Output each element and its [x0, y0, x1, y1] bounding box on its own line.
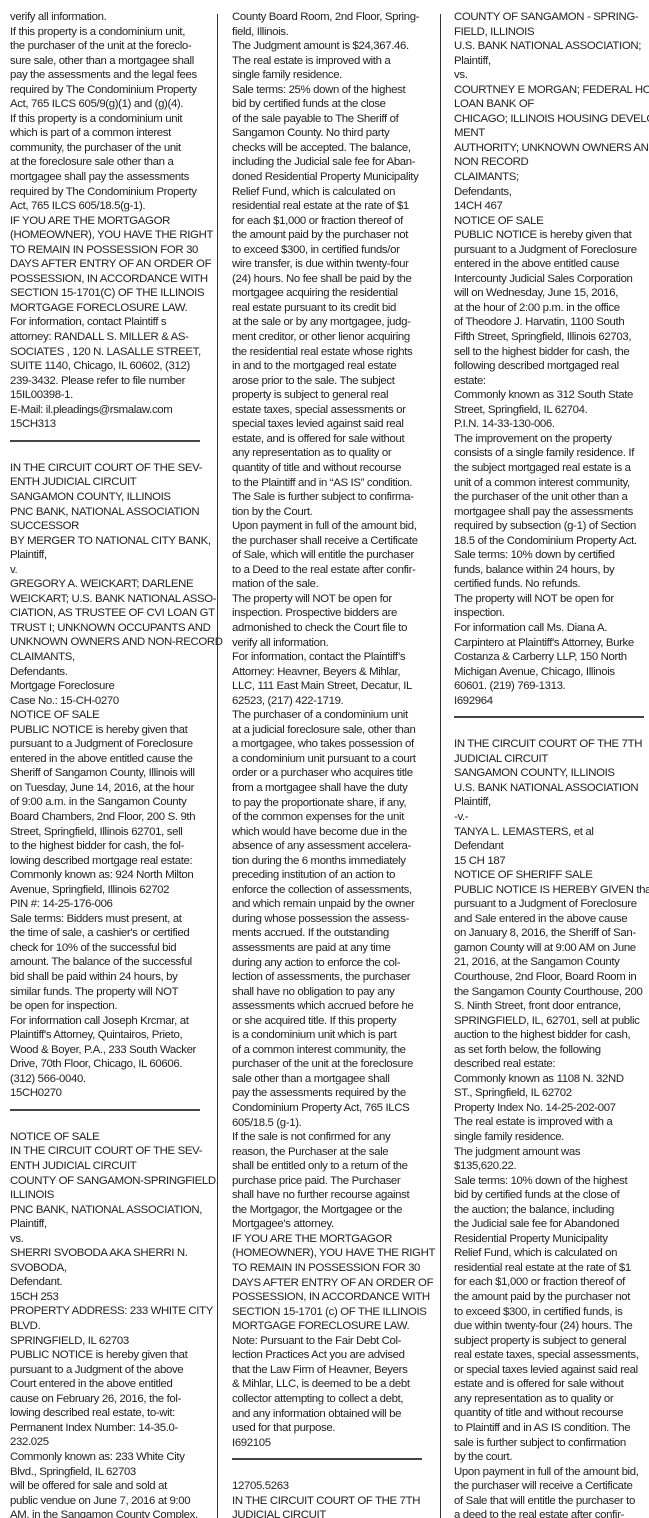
notice-text-line: 21, 2016, at the Sangamon County: [454, 955, 649, 970]
notice-text-line: Street, Springfield, Illinois 62701, sel…: [10, 825, 206, 840]
notice-text-line: S. Ninth Street, front door entrance,: [454, 999, 649, 1014]
notice-text-line: IN THE CIRCUIT COURT OF THE SEV-: [10, 461, 206, 476]
notice-text-line: I692105: [232, 1436, 428, 1451]
notice-text-line: tion by the Court.: [232, 505, 428, 520]
notice-text-line: entered in the above entitled cause the: [10, 752, 206, 767]
notice-text-line: reason, the Purchaser at the sale: [232, 1145, 428, 1160]
notice-text-line: and any information obtained will be: [232, 1407, 428, 1422]
notice-text-line: the auction; the balance, including: [454, 1203, 649, 1218]
notice-text-line: POSSESSION, IN ACCORDANCE WITH: [232, 1290, 428, 1305]
notice-text-line: preceding institution of an action to: [232, 868, 428, 883]
notice-text-line: mortgagee shall pay the assessments: [454, 505, 649, 520]
notice-text-line: Plaintiff,: [10, 1217, 206, 1232]
notice-text-line: purchase price paid. The Purchaser: [232, 1174, 428, 1189]
notice-text-line: to exceed $300, in certified funds, is: [454, 1305, 649, 1320]
notice-text-line: ILLINOIS: [10, 1188, 206, 1203]
column-3: COUNTY OF SANGAMON - SPRING-FIELD, ILLIN…: [454, 0, 649, 1518]
notice-text-line: of 9:00 a.m. in the Sangamon County: [10, 795, 206, 810]
notice-text-line: required by subsection (g-1) of Section: [454, 519, 649, 534]
notice-text-line: the purchaser of the unit other than a: [454, 490, 649, 505]
notice-text-line: estate taxes, special assessments or: [232, 403, 428, 418]
notice-text-line: The purchaser of a condominium unit: [232, 708, 428, 723]
notice-text-line: of the sale payable to The Sheriff of: [232, 112, 428, 127]
notice-text-line: Board Chambers, 2nd Floor, 200 S. 9th: [10, 810, 206, 825]
notice-text-line: assessments which accrued before he: [232, 999, 428, 1014]
notice-text-line: 15IL00398-1.: [10, 388, 206, 403]
notice-text-line: any representation as to quality or: [454, 1392, 649, 1407]
notice-text-line: during any action to enforce the col-: [232, 956, 428, 971]
notice-text-line: and Sale entered in the above cause: [454, 912, 649, 927]
notice-text-line: IN THE CIRCUIT COURT OF THE SEV-: [10, 1144, 206, 1159]
notice-text-line: of the common expenses for the unit: [232, 810, 428, 825]
notice-text-line: Sangamon County. No third party: [232, 126, 428, 141]
notice-text-line: ments accrued. If the outstanding: [232, 926, 428, 941]
notice-text-line: LOAN BANK OF: [454, 97, 649, 112]
notice-text-line: that the Law Firm of Heavner, Beyers: [232, 1363, 428, 1378]
notice-text-line: Defendant: [454, 839, 649, 854]
notice-text-line: on Tuesday, June 14, 2016, at the hour: [10, 781, 206, 796]
notice-text-line: to exceed $300, in certified funds/or: [232, 243, 428, 258]
notice-text-line: will be offered for sale and sold at: [10, 1479, 206, 1494]
notice-text-line: TRUST I; UNKNOWN OCCUPANTS AND: [10, 621, 206, 636]
notice-text-line: The real estate is improved with a: [232, 54, 428, 69]
notice-text-line: vs.: [10, 1232, 206, 1247]
notice-text-line: 605/18.5 (g-1).: [232, 1116, 428, 1131]
notice-text-line: Attorney: Heavner, Beyers & Mihlar,: [232, 665, 428, 680]
notice-text-line: which is part of a common interest: [10, 126, 206, 141]
notice-text-line: certified funds. No refunds.: [454, 577, 649, 592]
notice-text-line: at the foreclosure sale other than a: [10, 155, 206, 170]
notice-text-line: CIATION, AS TRUSTEE OF CVI LOAN GT: [10, 606, 206, 621]
notice-text-line: SECTION 15-1701(C) OF THE ILLINOIS: [10, 286, 206, 301]
notice-text-line: cause on February 26, 2016, the fol-: [10, 1392, 206, 1407]
notice-text-line: ENTH JUDICIAL CIRCUIT: [10, 1159, 206, 1174]
notice-text-line: Drive, 70th Floor, Chicago, IL 60606.: [10, 1057, 206, 1072]
notice-text-line: residential real estate at the rate of $…: [232, 199, 428, 214]
legal-notice: IN THE CIRCUIT COURT OF THE SEV-ENTH JUD…: [10, 461, 206, 1101]
notice-text-line: 15 CH 187: [454, 854, 649, 869]
notice-text-line: Michigan Avenue, Chicago, Illinois: [454, 665, 649, 680]
notice-text-line: any representation as to quality or: [232, 446, 428, 461]
notice-text-line: Mortgage Foreclosure: [10, 679, 206, 694]
notice-text-line: PNC BANK, NATIONAL ASSOCIATION: [10, 505, 206, 520]
notice-text-line: mation of the sale.: [232, 577, 428, 592]
notice-text-line: as set forth below, the following: [454, 1043, 649, 1058]
notice-text-line: similar funds. The property will NOT: [10, 985, 206, 1000]
notice-text-line: of Theodore J. Harvatin, 1100 South: [454, 315, 649, 330]
notice-text-line: Permanent Index Number: 14-35.0-: [10, 1421, 206, 1436]
notice-text-line: Relief Fund, which is calculated on: [232, 185, 428, 200]
notice-text-line: Condominium Property Act, 765 ILCS: [232, 1101, 428, 1116]
notice-text-line: including the Judicial sale fee for Aban…: [232, 155, 428, 170]
notice-text-line: Commonly known as 312 South State: [454, 388, 649, 403]
notice-text-line: MORTGAGE FORECLOSURE LAW.: [10, 301, 206, 316]
notice-text-line: Sale terms: 25% down of the highest: [232, 83, 428, 98]
notice-text-line: Note: Pursuant to the Fair Debt Col-: [232, 1334, 428, 1349]
notice-text-line: Residential Property Municipality: [454, 1232, 649, 1247]
notice-text-line: Street, Springfield, IL 62704.: [454, 403, 649, 418]
notice-text-line: 232.025: [10, 1435, 206, 1450]
notice-text-line: (24) hours. No fee shall be paid by the: [232, 272, 428, 287]
notice-text-line: for each $1,000 or fraction thereof of: [454, 1275, 649, 1290]
notice-text-line: the amount paid by the purchaser not: [454, 1290, 649, 1305]
notice-text-line: entered in the above entitled cause: [454, 257, 649, 272]
notice-text-line: Plaintiff,: [454, 795, 649, 810]
notice-text-line: SVOBODA,: [10, 1261, 206, 1276]
notice-text-line: shall be entitled only to a return of th…: [232, 1159, 428, 1174]
notice-text-line: or special taxes levied against said rea…: [454, 1363, 649, 1378]
notice-text-line: SPRINGFIELD, IL 62703: [10, 1334, 206, 1349]
notice-text-line: LLC, 111 East Main Street, Decatur, IL: [232, 679, 428, 694]
notice-text-line: sure sale, other than a mortgagee shall: [10, 54, 206, 69]
notice-text-line: wire transfer, is due within twenty-four: [232, 257, 428, 272]
legal-notice: NOTICE OF SALEIN THE CIRCUIT COURT OF TH…: [10, 1130, 206, 1518]
notice-text-line: Commonly known as 1108 N. 32ND: [454, 1072, 649, 1087]
notice-text-line: amount. The balance of the successful: [10, 955, 206, 970]
notice-text-line: pursuant to a Judgment of Foreclosure: [10, 737, 206, 752]
notice-text-line: will on Wednesday, June 15, 2016,: [454, 286, 649, 301]
notice-text-line: The Sale is further subject to confirma-: [232, 490, 428, 505]
notice-text-line: Avenue, Springfield, Illinois 62702: [10, 883, 206, 898]
notice-text-line: 14CH 467: [454, 199, 649, 214]
notice-text-line: NOTICE OF SHERIFF SALE: [454, 868, 649, 883]
notice-text-line: the purchaser will receive a Certificate: [454, 1479, 649, 1494]
notice-text-line: Courthouse, 2nd Floor, Board Room in: [454, 970, 649, 985]
notice-text-line: NOTICE OF SALE: [10, 708, 206, 723]
notice-text-line: Sale terms: 10% down by certified: [454, 548, 649, 563]
notice-text-line: SANGAMON COUNTY, ILLINOIS: [454, 766, 649, 781]
notice-text-line: Property Index No. 14-25-202-007: [454, 1101, 649, 1116]
notice-text-line: The improvement on the property: [454, 432, 649, 447]
column-2: County Board Room, 2nd Floor, Spring-fie…: [232, 0, 428, 1518]
notice-text-line: Act, 765 ILCS 605/18.5(g-1).: [10, 199, 206, 214]
notice-text-line: 239-3432. Please refer to file number: [10, 374, 206, 389]
legal-notice: County Board Room, 2nd Floor, Spring-fie…: [232, 0, 428, 1450]
notice-text-line: WEICKART; U.S. BANK NATIONAL ASSO-: [10, 592, 206, 607]
notice-text-line: bid by certified funds at the close: [232, 97, 428, 112]
notice-text-line: SOCIATES , 120 N. LASALLE STREET,: [10, 345, 206, 360]
notice-text-line: JUDICIAL CIRCUIT: [232, 1508, 428, 1518]
notice-text-line: 12705.5263: [232, 1479, 428, 1494]
notice-text-line: the Judicial sale fee for Abandoned: [454, 1217, 649, 1232]
notice-text-line: arose prior to the sale. The subject: [232, 374, 428, 389]
notice-text-line: POSSESSION, IN ACCORDANCE WITH: [10, 272, 206, 287]
notice-text-line: quantity of title and without recourse: [454, 1406, 649, 1421]
legal-notice: COUNTY OF SANGAMON - SPRING-FIELD, ILLIN…: [454, 0, 649, 708]
notice-text-line: PNC BANK, NATIONAL ASSOCIATION,: [10, 1203, 206, 1218]
notice-text-line: MENT: [454, 126, 649, 141]
notice-text-line: purchaser of the unit at the foreclosure: [232, 1057, 428, 1072]
notice-text-line: County Board Room, 2nd Floor, Spring-: [232, 10, 428, 25]
notice-text-line: Commonly known as: 924 North Milton: [10, 868, 206, 883]
notice-text-line: used for that purpose.: [232, 1421, 428, 1436]
notice-text-line: estate and is offered for sale without: [454, 1377, 649, 1392]
notice-text-line: NON RECORD: [454, 155, 649, 170]
notice-text-line: special taxes levied against said real: [232, 417, 428, 432]
notice-text-line: SECTION 15-1701 (c) OF THE ILLINOIS: [232, 1305, 428, 1320]
notice-text-line: at the hour of 2:00 p.m. in the office: [454, 301, 649, 316]
notice-text-line: IF YOU ARE THE MORTGAGOR: [10, 214, 206, 229]
notice-text-line: single family residence.: [232, 68, 428, 83]
notice-text-line: DAYS AFTER ENTRY OF AN ORDER OF: [10, 257, 206, 272]
notice-text-line: absence of any assessment accelera-: [232, 839, 428, 854]
notice-text-line: SHERRI SVOBODA AKA SHERRI N.: [10, 1246, 206, 1261]
notice-text-line: Defendants.: [10, 665, 206, 680]
notice-text-line: IN THE CIRCUIT COURT OF THE 7TH: [454, 737, 649, 752]
notice-text-line: U.S. BANK NATIONAL ASSOCIATION: [454, 781, 649, 796]
notice-text-line: Defendants,: [454, 185, 649, 200]
notice-text-line: NOTICE OF SALE: [10, 1130, 206, 1145]
notice-separator: [10, 440, 200, 442]
column-1: verify all information.If this property …: [10, 0, 206, 1518]
notice-text-line: pursuant to a Judgment of the above: [10, 1363, 206, 1378]
notice-text-line: (312) 566-0040.: [10, 1072, 206, 1087]
notice-text-line: to the Plaintiff and in “AS IS” conditio…: [232, 476, 428, 491]
legal-notice: 12705.5263IN THE CIRCUIT COURT OF THE 7T…: [232, 1479, 428, 1518]
notice-text-line: verify all information.: [232, 636, 428, 651]
notice-text-line: mortgagee acquiring the residential: [232, 286, 428, 301]
notice-text-line: collector attempting to collect a debt,: [232, 1392, 428, 1407]
notice-text-line: inspection.: [454, 606, 649, 621]
notice-text-line: PUBLIC NOTICE is hereby given that: [10, 1348, 206, 1363]
notice-text-line: FIELD, ILLINOIS: [454, 25, 649, 40]
notice-text-line: E-Mail: il.pleadings@rsmalaw.com: [10, 403, 206, 418]
notice-text-line: Wood & Boyer, P.A., 233 South Wacker: [10, 1043, 206, 1058]
notice-text-line: single family residence.: [454, 1130, 649, 1145]
notice-text-line: PUBLIC NOTICE is hereby given that: [454, 228, 649, 243]
notice-text-line: public vendue on June 7, 2016 at 9:00: [10, 1494, 206, 1509]
notice-text-line: AM, in the Sangamon County Complex,: [10, 1508, 206, 1518]
notice-text-line: community, the purchaser of the unit: [10, 141, 206, 156]
notice-text-line: estate, and is offered for sale without: [232, 432, 428, 447]
notice-text-line: $135,620.22.: [454, 1159, 649, 1174]
notice-text-line: mortgagee shall pay the assessments: [10, 170, 206, 185]
notice-text-line: 15CH 253: [10, 1290, 206, 1305]
notice-text-line: lection of assessments, the purchaser: [232, 970, 428, 985]
notice-text-line: of a common interest community, the: [232, 1043, 428, 1058]
notice-text-line: subject property is subject to general: [454, 1334, 649, 1349]
notice-text-line: pay the assessments required by the: [232, 1086, 428, 1101]
notice-text-line: Plaintiff's Attorney, Quintairos, Prieto…: [10, 1028, 206, 1043]
notice-separator: [454, 716, 644, 718]
notice-text-line: Commonly known as: 233 White City: [10, 1450, 206, 1465]
notice-text-line: COUNTY OF SANGAMON-SPRINGFIELD,: [10, 1174, 206, 1189]
notice-text-line: SUITE 1140, Chicago, IL 60602, (312): [10, 359, 206, 374]
notice-text-line: Blvd., Springfield, IL 62703: [10, 1465, 206, 1480]
notice-text-line: order or a purchaser who acquires title: [232, 766, 428, 781]
notice-text-line: residential real estate at the rate of $…: [454, 1261, 649, 1276]
notice-text-line: admonished to check the Court file to: [232, 621, 428, 636]
notice-text-line: sell to the highest bidder for cash, the: [454, 345, 649, 360]
notice-separator: [232, 1458, 422, 1460]
notice-text-line: doned Residential Property Municipality: [232, 170, 428, 185]
notice-text-line: quantity of title and without recourse: [232, 461, 428, 476]
notice-text-line: bid by certified funds at the close of: [454, 1188, 649, 1203]
notice-text-line: Sale terms: 10% down of the highest: [454, 1174, 649, 1189]
notice-text-line: TO REMAIN IN POSSESSION FOR 30: [10, 243, 206, 258]
notice-text-line: SPRINGFIELD, IL, 62701, sell at public: [454, 1014, 649, 1029]
notice-text-line: BY MERGER TO NATIONAL CITY BANK,: [10, 534, 206, 549]
notice-text-line: SANGAMON COUNTY, ILLINOIS: [10, 490, 206, 505]
notice-text-line: unit of a common interest community,: [454, 476, 649, 491]
notice-text-line: and which remain unpaid by the owner: [232, 897, 428, 912]
notice-text-line: I692964: [454, 694, 649, 709]
notice-text-line: The judgment amount was: [454, 1145, 649, 1160]
notice-text-line: or she acquired title. If this property: [232, 1014, 428, 1029]
notice-text-line: sale other than a mortgagee shall: [232, 1072, 428, 1087]
notice-text-line: gamon County will at 9:00 AM on June: [454, 941, 649, 956]
notice-text-line: Court entered in the above entitled: [10, 1377, 206, 1392]
notice-text-line: check for 10% of the successful bid: [10, 941, 206, 956]
notice-text-line: bid shall be paid within 24 hours, by: [10, 970, 206, 985]
notice-text-line: 62523, (217) 422-1719.: [232, 694, 428, 709]
notice-text-line: the amount paid by the purchaser not: [232, 228, 428, 243]
notice-text-line: shall have no further recourse against: [232, 1188, 428, 1203]
notice-text-line: due within twenty-four (24) hours. The: [454, 1319, 649, 1334]
notice-text-line: in and to the mortgaged real estate: [232, 359, 428, 374]
notice-text-line: v.: [10, 563, 206, 578]
notice-text-line: to Plaintiff and in AS IS condition. The: [454, 1421, 649, 1436]
notice-text-line: Intercounty Judicial Sales Corporation: [454, 272, 649, 287]
notice-text-line: lowing described mortgage real estate:: [10, 854, 206, 869]
notice-text-line: enforce the collection of assessments,: [232, 883, 428, 898]
notice-text-line: For information, contact Plaintiff s: [10, 315, 206, 330]
notice-text-line: 18.5 of the Condominium Property Act.: [454, 534, 649, 549]
notice-text-line: pursuant to a Judgment of Foreclosure: [454, 897, 649, 912]
notice-text-line: for each $1,000 or fraction thereof of: [232, 214, 428, 229]
notice-text-line: DAYS AFTER ENTRY OF AN ORDER OF: [232, 1276, 428, 1291]
notice-text-line: required by The Condominium Property: [10, 185, 206, 200]
notice-text-line: ST., Springfield, IL 62702: [454, 1086, 649, 1101]
notice-text-line: IN THE CIRCUIT COURT OF THE 7TH: [232, 1494, 428, 1509]
notice-text-line: verify all information.: [10, 10, 206, 25]
notice-text-line: BLVD.: [10, 1319, 206, 1334]
notice-text-line: the subject mortgaged real estate is a: [454, 461, 649, 476]
notice-text-line: field, Illinois.: [232, 25, 428, 40]
notice-text-line: 15CH313: [10, 417, 206, 432]
notice-text-line: of Sale that will entitle the purchaser …: [454, 1494, 649, 1509]
notice-text-line: of Sale, which will entitle the purchase…: [232, 548, 428, 563]
notice-text-line: at a judicial foreclosure sale, other th…: [232, 723, 428, 738]
notice-text-line: COUNTY OF SANGAMON - SPRING-: [454, 10, 649, 25]
notice-text-line: (HOMEOWNER), YOU HAVE THE RIGHT: [10, 228, 206, 243]
notice-text-line: PUBLIC NOTICE IS HEREBY GIVEN that: [454, 883, 649, 898]
notice-text-line: MORTGAGE FORECLOSURE LAW.: [232, 1319, 428, 1334]
notice-text-line: lowing described real estate, to-wit:: [10, 1406, 206, 1421]
notice-text-line: For information, contact the Plaintiff’s: [232, 650, 428, 665]
notice-text-line: & Mihlar, LLC, is deemed to be a debt: [232, 1377, 428, 1392]
notice-text-line: (HOMEOWNER), YOU HAVE THE RIGHT: [232, 1246, 428, 1261]
notice-text-line: The real estate is improved with a: [454, 1115, 649, 1130]
notice-text-line: JUDICIAL CIRCUIT: [454, 752, 649, 767]
notice-text-line: Defendant.: [10, 1275, 206, 1290]
notice-text-line: CLAIMANTS,: [10, 650, 206, 665]
notice-text-line: pursuant to a Judgment of Foreclosure: [454, 243, 649, 258]
notice-text-line: estate:: [454, 374, 649, 389]
notice-text-line: consists of a single family residence. I…: [454, 446, 649, 461]
notice-text-line: PUBLIC NOTICE is hereby given that: [10, 723, 206, 738]
notice-text-line: the time of sale, a cashier's or certifi…: [10, 926, 206, 941]
notice-text-line: If the sale is not confirmed for any: [232, 1130, 428, 1145]
notice-text-line: TANYA L. LEMASTERS, et al: [454, 825, 649, 840]
notice-text-line: CLAIMANTS;: [454, 170, 649, 185]
notice-text-line: 15CH0270: [10, 1086, 206, 1101]
notice-text-line: Case No.: 15-CH-0270: [10, 694, 206, 709]
notice-text-line: a mortgagee, who takes possession of: [232, 737, 428, 752]
notice-text-line: attorney: RANDALL S. MILLER & AS-: [10, 330, 206, 345]
notice-text-line: GREGORY A. WEICKART; DARLENE: [10, 577, 206, 592]
notice-text-line: to a Deed to the real estate after confi…: [232, 563, 428, 578]
notice-text-line: described real estate:: [454, 1057, 649, 1072]
notice-text-line: If this property is a condominium unit: [10, 112, 206, 127]
notice-text-line: sale is further subject to confirmation: [454, 1436, 649, 1451]
notice-text-line: is a condominium unit which is part: [232, 1028, 428, 1043]
notice-text-line: PIN #: 14-25-176-006: [10, 897, 206, 912]
column-divider: [440, 14, 441, 1518]
notice-text-line: checks will be accepted. The balance,: [232, 141, 428, 156]
notice-text-line: pay the assessments and the legal fees: [10, 68, 206, 83]
notice-text-line: Sheriff of Sangamon County, Illinois wil…: [10, 766, 206, 781]
notice-text-line: be open for inspection.: [10, 999, 206, 1014]
notice-text-line: IF YOU ARE THE MORTGAGOR: [232, 1232, 428, 1247]
notice-text-line: SUCCESSOR: [10, 519, 206, 534]
notice-text-line: The property will NOT be open for: [232, 592, 428, 607]
notice-text-line: from a mortgagee shall have the duty: [232, 781, 428, 796]
notice-text-line: For information call Joseph Krcmar, at: [10, 1014, 206, 1029]
notice-text-line: U.S. BANK NATIONAL ASSOCIATION;: [454, 39, 649, 54]
notice-text-line: Act, 765 ILCS 605/9(g)(1) and (g)(4).: [10, 97, 206, 112]
notice-text-line: COURTNEY E MORGAN; FEDERAL HOME: [454, 83, 649, 98]
notice-text-line: at the sale or by any mortgagee, judg-: [232, 315, 428, 330]
notice-text-line: The property will NOT be open for: [454, 592, 649, 607]
notice-text-line: real estate taxes, special assessments,: [454, 1348, 649, 1363]
notice-text-line: inspection. Prospective bidders are: [232, 606, 428, 621]
notice-text-line: P.I.N. 14-33-130-006.: [454, 417, 649, 432]
notice-text-line: ment creditor, or other lienor acquiring: [232, 330, 428, 345]
notice-text-line: following described mortgaged real: [454, 359, 649, 374]
notice-text-line: If this property is a condominium unit,: [10, 25, 206, 40]
notice-text-line: funds, balance within 24 hours, by: [454, 563, 649, 578]
notice-text-line: Fifth Street, Springfield, Illinois 6270…: [454, 330, 649, 345]
notice-text-line: on January 8, 2016, the Sheriff of San-: [454, 926, 649, 941]
notice-text-line: lection Practices Act you are advised: [232, 1348, 428, 1363]
notice-text-line: UNKNOWN OWNERS AND NON-RECORD: [10, 635, 206, 650]
notice-text-line: Sale terms: Bidders must present, at: [10, 912, 206, 927]
notice-text-line: NOTICE OF SALE: [454, 214, 649, 229]
notice-text-line: AUTHORITY; UNKNOWN OWNERS AND: [454, 141, 649, 156]
notice-text-line: tion during the 6 months immediately: [232, 854, 428, 869]
notice-text-line: -v.-: [454, 810, 649, 825]
legal-notice: IN THE CIRCUIT COURT OF THE 7THJUDICIAL …: [454, 737, 649, 1518]
notice-text-line: Upon payment in full of the amount bid,: [454, 1465, 649, 1480]
notice-text-line: by the court.: [454, 1450, 649, 1465]
notice-text-line: The Judgment amount is $24,367.46.: [232, 39, 428, 54]
notice-text-line: to the highest bidder for cash, the fol-: [10, 839, 206, 854]
notice-text-line: TO REMAIN IN POSSESSION FOR 30: [232, 1261, 428, 1276]
notice-text-line: For information call Ms. Diana A.: [454, 621, 649, 636]
notice-text-line: which would have become due in the: [232, 825, 428, 840]
notice-text-line: 60601. (219) 769-1313.: [454, 679, 649, 694]
legal-notices-page: verify all information.If this property …: [0, 0, 649, 1518]
notice-text-line: Costanza & Carberry LLP, 150 North: [454, 650, 649, 665]
notice-text-line: required by The Condominium Property: [10, 83, 206, 98]
notice-text-line: during whose possession the assess-: [232, 912, 428, 927]
notice-text-line: to pay the proportionate share, if any,: [232, 796, 428, 811]
notice-text-line: the residential real estate whose rights: [232, 345, 428, 360]
notice-text-line: auction to the highest bidder for cash,: [454, 1028, 649, 1043]
notice-text-line: a deed to the real estate after confir-: [454, 1508, 649, 1518]
notice-text-line: a condominium unit pursuant to a court: [232, 752, 428, 767]
